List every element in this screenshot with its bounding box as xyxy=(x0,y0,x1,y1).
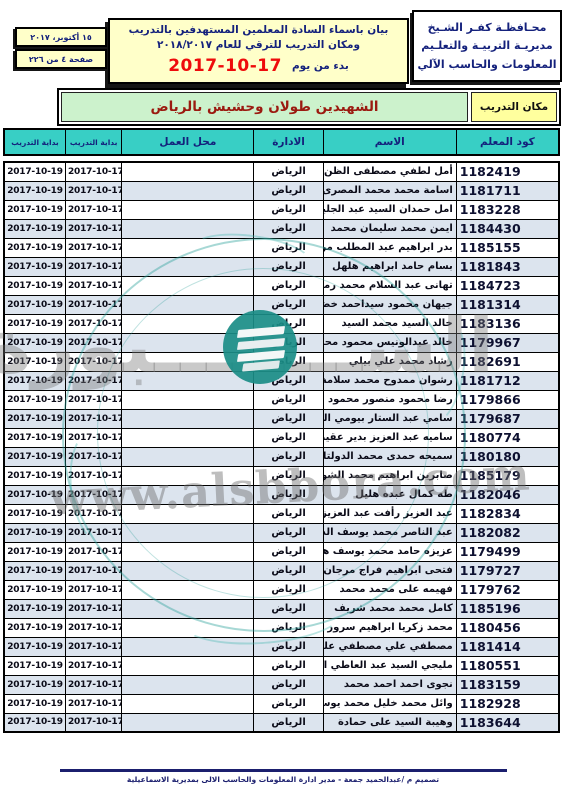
training-start-cell-2: 2017-10-19 xyxy=(4,257,65,276)
workplace-cell xyxy=(122,314,254,333)
department-cell: الرياض xyxy=(254,561,324,580)
table-row: 1183159 نجوى احمد احمد محمد الرياض 2017-… xyxy=(4,675,559,694)
workplace-cell xyxy=(122,713,254,732)
teacher-name-cell: سامي عبد الستار بيومي الخولي xyxy=(323,409,456,428)
training-start-cell: 2017-10-17 xyxy=(65,390,121,409)
teacher-code-cell: 1179762 xyxy=(456,580,559,599)
teacher-code-cell: 1185179 xyxy=(456,466,559,485)
teacher-name-cell: خالد عبدالونيس محمود محمد xyxy=(323,333,456,352)
training-start-cell: 2017-10-17 xyxy=(65,523,121,542)
training-location-label: مكان التدريب xyxy=(471,92,557,122)
governorate-line: محـافظـة كفـر الشـيخ xyxy=(414,19,560,36)
table-row: 1180551 مليجي السيد عبد العاطي المليج ال… xyxy=(4,656,559,675)
teacher-name-cell: امل حمدان السيد عبد الجليل xyxy=(323,200,456,219)
teacher-code-cell: 1182082 xyxy=(456,523,559,542)
teacher-code-cell: 1180551 xyxy=(456,656,559,675)
table-row: 1180774 ساميه عبد العزيز بدير عقيبي الري… xyxy=(4,428,559,447)
department-cell: الرياض xyxy=(254,276,324,295)
department-cell: الرياض xyxy=(254,352,324,371)
teacher-name-cell: جيهان محمود سيداحمد خضر xyxy=(323,295,456,314)
teacher-name-cell: فهيمه على محمد محمد xyxy=(323,580,456,599)
training-start-cell: 2017-10-17 xyxy=(65,238,121,257)
training-start-cell-2: 2017-10-19 xyxy=(4,637,65,656)
training-start-cell: 2017-10-17 xyxy=(65,675,121,694)
table-row: 1181712 رشوان ممدوح محمد سلامة الرياض 20… xyxy=(4,371,559,390)
workplace-cell xyxy=(122,371,254,390)
table-row: 1179866 رضا محمود منصور محمود الرياض 201… xyxy=(4,390,559,409)
department-line: المعلومات والحاسب الآلي xyxy=(414,56,560,73)
department-cell: الرياض xyxy=(254,542,324,561)
teacher-name-cell: رضا محمود منصور محمود xyxy=(323,390,456,409)
teacher-code-cell: 1183228 xyxy=(456,200,559,219)
department-cell: الرياض xyxy=(254,371,324,390)
training-start-cell-2: 2017-10-19 xyxy=(4,333,65,352)
department-cell: الرياض xyxy=(254,181,324,200)
workplace-cell xyxy=(122,561,254,580)
workplace-cell xyxy=(122,580,254,599)
teacher-code-cell: 1179866 xyxy=(456,390,559,409)
department-cell: الرياض xyxy=(254,333,324,352)
teacher-name-cell: فتحى ابراهيم فراج مرجان xyxy=(323,561,456,580)
teacher-name-cell: وائل محمد خليل محمد يوسف xyxy=(323,694,456,713)
table-row: 1179499 عزيزه حامد محمد يوسف هيبه الرياض… xyxy=(4,542,559,561)
teacher-code-cell: 1181314 xyxy=(456,295,559,314)
department-cell: الرياض xyxy=(254,200,324,219)
teacher-name-cell: عزيزه حامد محمد يوسف هيبه xyxy=(323,542,456,561)
table-row: 1183228 امل حمدان السيد عبد الجليل الريا… xyxy=(4,200,559,219)
directorate-line: مديريـة التربيـة والتعلـيم xyxy=(414,37,560,54)
teacher-name-cell: خالد السيد محمد السيد xyxy=(323,314,456,333)
training-start-cell: 2017-10-17 xyxy=(65,466,121,485)
training-start-cell-2: 2017-10-19 xyxy=(4,295,65,314)
workplace-cell xyxy=(122,542,254,561)
teacher-name-cell: أمل لطفي مصطفى الظن xyxy=(323,162,456,181)
department-cell: الرياض xyxy=(254,713,324,732)
teacher-code-cell: 1179499 xyxy=(456,542,559,561)
department-cell: الرياض xyxy=(254,466,324,485)
department-cell: الرياض xyxy=(254,314,324,333)
document-page: محـافظـة كفـر الشـيخ مديريـة التربيـة وا… xyxy=(0,0,566,800)
teacher-code-cell: 1182419 xyxy=(456,162,559,181)
teacher-name-cell: بسام حامد ابراهيم هلهل xyxy=(323,257,456,276)
teacher-name-cell: ساميه عبد العزيز بدير عقيبي xyxy=(323,428,456,447)
teacher-name-cell: عبد العزيز رأفت عبد العزيز برق xyxy=(323,504,456,523)
table-row: 1184430 ايمن محمد سليمان محمد الرياض 201… xyxy=(4,219,559,238)
department-cell: الرياض xyxy=(254,409,324,428)
teacher-code-cell: 1185155 xyxy=(456,238,559,257)
teacher-name-cell: اسامة محمد محمد المصرى xyxy=(323,181,456,200)
header-department: الادارة xyxy=(254,129,324,155)
teacher-name-cell: مصطفي علي مصطفي علي xyxy=(323,637,456,656)
workplace-cell xyxy=(122,694,254,713)
workplace-cell xyxy=(122,618,254,637)
department-cell: الرياض xyxy=(254,295,324,314)
table-row: 1182046 طه كمال عبده هليل الرياض 2017-10… xyxy=(4,485,559,504)
table-row: 1181843 بسام حامد ابراهيم هلهل الرياض 20… xyxy=(4,257,559,276)
table-row: 1179762 فهيمه على محمد محمد الرياض 2017-… xyxy=(4,580,559,599)
training-start-cell-2: 2017-10-19 xyxy=(4,675,65,694)
workplace-cell xyxy=(122,162,254,181)
training-start-cell-2: 2017-10-19 xyxy=(4,599,65,618)
teacher-code-cell: 1183644 xyxy=(456,713,559,732)
training-start-cell-2: 2017-10-19 xyxy=(4,504,65,523)
teacher-name-cell: تهانى عبد السلام محمد رمضان xyxy=(323,276,456,295)
workplace-cell xyxy=(122,257,254,276)
governorate-header-box: محـافظـة كفـر الشـيخ مديريـة التربيـة وا… xyxy=(412,10,562,82)
table-body: 1182419 أمل لطفي مصطفى الظن الرياض 2017-… xyxy=(4,162,559,732)
training-start-cell-2: 2017-10-19 xyxy=(4,162,65,181)
training-start-cell-2: 2017-10-19 xyxy=(4,314,65,333)
training-start-cell-2: 2017-10-19 xyxy=(4,181,65,200)
workplace-cell xyxy=(122,485,254,504)
training-start-cell-2: 2017-10-19 xyxy=(4,466,65,485)
teacher-name-cell: ايمن محمد سليمان محمد xyxy=(323,219,456,238)
page-number-box: صفحة ٤ من ٢٢٦ xyxy=(15,49,107,69)
training-start-cell-2: 2017-10-19 xyxy=(4,542,65,561)
teacher-code-cell: 1182046 xyxy=(456,485,559,504)
training-start-cell-2: 2017-10-19 xyxy=(4,694,65,713)
teacher-code-cell: 1182691 xyxy=(456,352,559,371)
training-start-cell: 2017-10-17 xyxy=(65,219,121,238)
training-location-strip: مكان التدريب الشهيدين طولان وحشيش بالريا… xyxy=(57,88,561,126)
teacher-code-cell: 1185196 xyxy=(456,599,559,618)
training-start-cell-2: 2017-10-19 xyxy=(4,580,65,599)
table-row: 1180180 سميحه حمدى محمد الدولتلي الرياض … xyxy=(4,447,559,466)
training-start-cell: 2017-10-17 xyxy=(65,295,121,314)
training-start-cell: 2017-10-17 xyxy=(65,599,121,618)
teacher-code-cell: 1183136 xyxy=(456,314,559,333)
teacher-name-cell: بدر ابراهيم عبد المطلب مرسى xyxy=(323,238,456,257)
training-start-cell: 2017-10-17 xyxy=(65,352,121,371)
teacher-code-cell: 1184430 xyxy=(456,219,559,238)
start-date: 2017-10-17 xyxy=(168,54,282,80)
table-row: 1181711 اسامة محمد محمد المصرى الرياض 20… xyxy=(4,181,559,200)
teacher-code-cell: 1182834 xyxy=(456,504,559,523)
department-cell: الرياض xyxy=(254,656,324,675)
department-cell: الرياض xyxy=(254,618,324,637)
training-start-cell-2: 2017-10-19 xyxy=(4,371,65,390)
department-cell: الرياض xyxy=(254,580,324,599)
training-start-cell-2: 2017-10-19 xyxy=(4,447,65,466)
department-cell: الرياض xyxy=(254,504,324,523)
department-cell: الرياض xyxy=(254,162,324,181)
training-start-cell: 2017-10-17 xyxy=(65,276,121,295)
header-name: الاسم xyxy=(323,129,456,155)
training-start-cell-2: 2017-10-19 xyxy=(4,656,65,675)
header-teacher-code: كود المعلم xyxy=(456,129,559,155)
workplace-cell xyxy=(122,409,254,428)
workplace-cell xyxy=(122,637,254,656)
teacher-code-cell: 1180774 xyxy=(456,428,559,447)
teacher-name-cell: وهيبة السيد على حمادة xyxy=(323,713,456,732)
table-row: 1181314 جيهان محمود سيداحمد خضر الرياض 2… xyxy=(4,295,559,314)
table-row: 1179967 خالد عبدالونيس محمود محمد الرياض… xyxy=(4,333,559,352)
table-row: 1179727 فتحى ابراهيم فراج مرجان الرياض 2… xyxy=(4,561,559,580)
workplace-cell xyxy=(122,447,254,466)
training-start-cell: 2017-10-17 xyxy=(65,409,121,428)
teacher-name-cell: رشوان ممدوح محمد سلامة xyxy=(323,371,456,390)
teacher-name-cell: مليجي السيد عبد العاطي المليج xyxy=(323,656,456,675)
training-start-cell: 2017-10-17 xyxy=(65,200,121,219)
teacher-code-cell: 1179687 xyxy=(456,409,559,428)
teacher-code-cell: 1181414 xyxy=(456,637,559,656)
teacher-code-cell: 1180456 xyxy=(456,618,559,637)
training-start-cell-2: 2017-10-19 xyxy=(4,390,65,409)
workplace-cell xyxy=(122,219,254,238)
teacher-code-cell: 1179727 xyxy=(456,561,559,580)
table-row: 1182082 عبد الناصر محمد يوسف الدباس الري… xyxy=(4,523,559,542)
header-workplace: محل العمل xyxy=(122,129,254,155)
print-date-box: ١٥ أكتوبر، ٢٠١٧ xyxy=(15,27,107,47)
table-row: 1184723 تهانى عبد السلام محمد رمضان الري… xyxy=(4,276,559,295)
training-start-cell: 2017-10-17 xyxy=(65,580,121,599)
department-cell: الرياض xyxy=(254,257,324,276)
header-training-start-2: بداية التدريب xyxy=(4,129,65,155)
table-row: 1182419 أمل لطفي مصطفى الظن الرياض 2017-… xyxy=(4,162,559,181)
training-start-cell: 2017-10-17 xyxy=(65,618,121,637)
department-cell: الرياض xyxy=(254,485,324,504)
training-start-cell: 2017-10-17 xyxy=(65,713,121,732)
training-start-cell-2: 2017-10-19 xyxy=(4,409,65,428)
training-start-cell: 2017-10-17 xyxy=(65,637,121,656)
workplace-cell xyxy=(122,599,254,618)
table-row: 1182834 عبد العزيز رأفت عبد العزيز برق ا… xyxy=(4,504,559,523)
training-start-cell-2: 2017-10-19 xyxy=(4,352,65,371)
training-start-cell-2: 2017-10-19 xyxy=(4,219,65,238)
teacher-code-cell: 1182928 xyxy=(456,694,559,713)
department-cell: الرياض xyxy=(254,637,324,656)
teacher-code-cell: 1181712 xyxy=(456,371,559,390)
department-cell: الرياض xyxy=(254,238,324,257)
teacher-name-cell: كامل محمد محمد شريف xyxy=(323,599,456,618)
training-start-cell-2: 2017-10-19 xyxy=(4,200,65,219)
training-start-cell: 2017-10-17 xyxy=(65,447,121,466)
teacher-name-cell: محمد زكريا ابراهيم سرور xyxy=(323,618,456,637)
teacher-name-cell: عبد الناصر محمد يوسف الدباس xyxy=(323,523,456,542)
start-prefix: بدء من يوم xyxy=(292,59,349,75)
teacher-code-cell: 1179967 xyxy=(456,333,559,352)
workplace-cell xyxy=(122,352,254,371)
training-start-cell-2: 2017-10-19 xyxy=(4,561,65,580)
teachers-table: 1182419 أمل لطفي مصطفى الظن الرياض 2017-… xyxy=(3,161,560,733)
title-line-2: ومكان التدريب للترقي للعام ٢٠١٨/٢٠١٧ xyxy=(110,38,407,54)
workplace-cell xyxy=(122,333,254,352)
training-start-cell: 2017-10-17 xyxy=(65,314,121,333)
department-cell: الرياض xyxy=(254,675,324,694)
training-start-cell-2: 2017-10-19 xyxy=(4,523,65,542)
teacher-name-cell: نجوى احمد احمد محمد xyxy=(323,675,456,694)
teacher-code-cell: 1181711 xyxy=(456,181,559,200)
header-training-start: بداية التدريب xyxy=(65,129,121,155)
workplace-cell xyxy=(122,390,254,409)
training-start-cell: 2017-10-17 xyxy=(65,561,121,580)
teacher-name-cell: سميحه حمدى محمد الدولتلي xyxy=(323,447,456,466)
department-cell: الرياض xyxy=(254,694,324,713)
training-start-cell: 2017-10-17 xyxy=(65,504,121,523)
training-start-cell-2: 2017-10-19 xyxy=(4,428,65,447)
title-start-row: بدء من يوم 2017-10-17 xyxy=(110,54,407,80)
training-start-cell: 2017-10-17 xyxy=(65,181,121,200)
training-location-value: الشهيدين طولان وحشيش بالرياض xyxy=(61,92,468,122)
department-cell: الرياض xyxy=(254,219,324,238)
table-row: 1179687 سامي عبد الستار بيومي الخولي الر… xyxy=(4,409,559,428)
table-row: 1180456 محمد زكريا ابراهيم سرور الرياض 2… xyxy=(4,618,559,637)
workplace-cell xyxy=(122,466,254,485)
workplace-cell xyxy=(122,200,254,219)
table-row: 1183644 وهيبة السيد على حمادة الرياض 201… xyxy=(4,713,559,732)
training-start-cell: 2017-10-17 xyxy=(65,542,121,561)
workplace-cell xyxy=(122,238,254,257)
training-start-cell-2: 2017-10-19 xyxy=(4,485,65,504)
workplace-cell xyxy=(122,295,254,314)
teacher-code-cell: 1184723 xyxy=(456,276,559,295)
workplace-cell xyxy=(122,523,254,542)
teacher-name-cell: صابرين ابراهيم محمد الشوربجي xyxy=(323,466,456,485)
teacher-code-cell: 1183159 xyxy=(456,675,559,694)
workplace-cell xyxy=(122,504,254,523)
department-cell: الرياض xyxy=(254,523,324,542)
table-row: 1182691 رشاد محمد علي بيلي الرياض 2017-1… xyxy=(4,352,559,371)
document-title-box: بيان باسماء السادة المعلمين المستهدفين ب… xyxy=(108,18,409,84)
table-row: 1185155 بدر ابراهيم عبد المطلب مرسى الري… xyxy=(4,238,559,257)
department-cell: الرياض xyxy=(254,428,324,447)
training-start-cell: 2017-10-17 xyxy=(65,428,121,447)
footer-credit: تصميم م /عبدالحميد جمعة - مدير ادارة الم… xyxy=(0,775,566,784)
table-header-row: كود المعلم الاسم الادارة محل العمل بداية… xyxy=(4,129,559,155)
footer-rule xyxy=(60,769,507,772)
teacher-name-cell: طه كمال عبده هليل xyxy=(323,485,456,504)
training-start-cell: 2017-10-17 xyxy=(65,162,121,181)
workplace-cell xyxy=(122,428,254,447)
training-start-cell: 2017-10-17 xyxy=(65,656,121,675)
department-cell: الرياض xyxy=(254,447,324,466)
workplace-cell xyxy=(122,181,254,200)
table-row: 1185196 كامل محمد محمد شريف الرياض 2017-… xyxy=(4,599,559,618)
training-start-cell: 2017-10-17 xyxy=(65,485,121,504)
training-start-cell: 2017-10-17 xyxy=(65,333,121,352)
table-header: كود المعلم الاسم الادارة محل العمل بداية… xyxy=(3,128,560,156)
teacher-name-cell: رشاد محمد علي بيلي xyxy=(323,352,456,371)
table-row: 1181414 مصطفي علي مصطفي علي الرياض 2017-… xyxy=(4,637,559,656)
teacher-code-cell: 1181843 xyxy=(456,257,559,276)
workplace-cell xyxy=(122,656,254,675)
training-start-cell-2: 2017-10-19 xyxy=(4,238,65,257)
training-start-cell: 2017-10-17 xyxy=(65,257,121,276)
department-cell: الرياض xyxy=(254,599,324,618)
table-row: 1182928 وائل محمد خليل محمد يوسف الرياض … xyxy=(4,694,559,713)
table-row: 1185179 صابرين ابراهيم محمد الشوربجي الر… xyxy=(4,466,559,485)
training-start-cell-2: 2017-10-19 xyxy=(4,618,65,637)
table-row: 1183136 خالد السيد محمد السيد الرياض 201… xyxy=(4,314,559,333)
workplace-cell xyxy=(122,675,254,694)
training-start-cell-2: 2017-10-19 xyxy=(4,713,65,732)
workplace-cell xyxy=(122,276,254,295)
title-line-1: بيان باسماء السادة المعلمين المستهدفين ب… xyxy=(110,23,407,39)
training-start-cell: 2017-10-17 xyxy=(65,694,121,713)
training-start-cell-2: 2017-10-19 xyxy=(4,276,65,295)
training-start-cell: 2017-10-17 xyxy=(65,371,121,390)
teacher-code-cell: 1180180 xyxy=(456,447,559,466)
department-cell: الرياض xyxy=(254,390,324,409)
